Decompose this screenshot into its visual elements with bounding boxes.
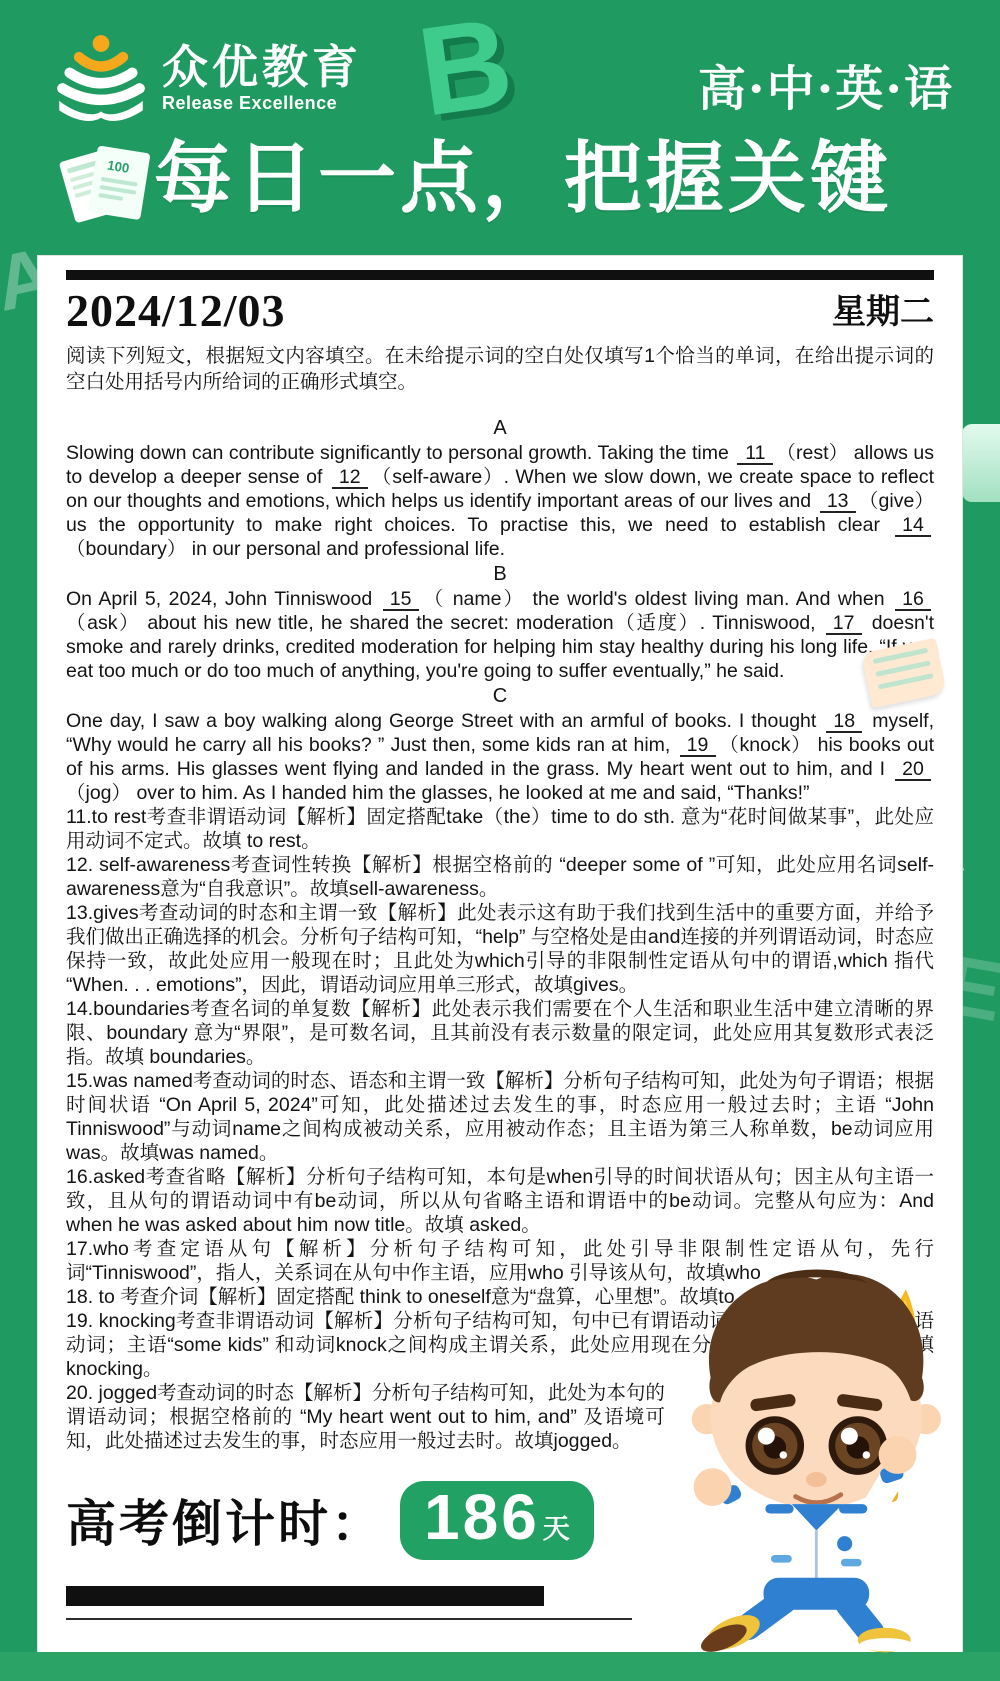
blank-15: 15: [383, 589, 419, 611]
explanation-16: 16.asked考查省略【解析】分析句子结构可知，本句是when引导的时间状语从…: [66, 1165, 934, 1237]
countdown-label: 高考倒计时：: [66, 1484, 384, 1556]
passage-A: Slowing down can contribute significantl…: [66, 441, 934, 561]
explanation-12: 12. self-awareness考查词性转换【解析】根据空格前的 “deep…: [66, 853, 934, 901]
blank-17: 17: [826, 613, 862, 635]
passage-label-B: B: [66, 561, 934, 587]
blank-12: 12: [332, 467, 368, 489]
subject-title: 高·中·英·语: [698, 50, 954, 119]
underline-bar-thin: [66, 1618, 632, 1620]
passage-C: One day, I saw a boy walking along Georg…: [66, 709, 934, 805]
papers-icon: 100: [50, 128, 154, 230]
date-row: 2024/12/03 星期二: [66, 284, 934, 337]
date-text: 2024/12/03: [66, 284, 286, 337]
brand-text: 众优教育 Release Excellence: [162, 44, 362, 115]
underline-bar-thick: [66, 1586, 544, 1606]
mascot-boy-illustration: [654, 1254, 956, 1656]
passages-container: ASlowing down can contribute significant…: [66, 415, 934, 805]
content-card: 2024/12/03 星期二 阅读下列短文，根据短文内容填空。在未给提示词的空白…: [38, 256, 962, 1652]
blank-14: 14: [895, 515, 931, 537]
explanation-14: 14.boundaries考查名词的单复数【解析】此处表示我们需要在个人生活和职…: [66, 997, 934, 1069]
explanation-11: 11.to rest考查非谓语动词【解析】固定搭配take（the）time t…: [66, 805, 934, 853]
explanation-13: 13.gives考查动词的时态和主谓一致【解析】此处表示这有助于我们找到生活中的…: [66, 901, 934, 997]
passage-label-A: A: [66, 415, 934, 441]
countdown-days: 186: [424, 1481, 540, 1555]
footer-strip: [0, 1652, 1000, 1681]
decor-book-right: [962, 424, 1000, 502]
brand-tagline: Release Excellence: [162, 93, 362, 114]
blank-16: 16: [895, 589, 931, 611]
book-arcs-logo-icon: [54, 34, 148, 124]
passage-label-C: C: [66, 683, 934, 709]
top-rule: [66, 270, 934, 280]
explanation-15: 15.was named考查动词的时态、语态和主谓一致【解析】分析句子结构可知，…: [66, 1069, 934, 1165]
blank-18: 18: [826, 711, 862, 733]
countdown-badge: 186 天: [400, 1481, 594, 1561]
passage-B: On April 5, 2024, John Tinniswood 15（ na…: [66, 587, 934, 683]
title-row: 100 每日一点，把握关键: [50, 128, 892, 230]
explanation-20: 20. jogged考查动词的时态【解析】分析句子结构可知，此处为本句的谓语动词…: [66, 1381, 665, 1453]
blank-20: 20: [895, 759, 931, 781]
blank-13: 13: [820, 491, 856, 513]
instructions-text: 阅读下列短文，根据短文内容填空。在未给提示词的空白处仅填写1个恰当的单词，在给出…: [66, 343, 934, 395]
brand-block: 众优教育 Release Excellence: [54, 34, 362, 124]
weekday-text: 星期二: [832, 284, 934, 337]
blank-19: 19: [680, 735, 716, 757]
brand-name: 众优教育: [162, 44, 362, 91]
blank-11: 11: [737, 443, 773, 465]
decor-letter-b: B: [412, 0, 520, 136]
page-title: 每日一点，把握关键: [154, 136, 892, 222]
countdown-unit: 天: [543, 1507, 570, 1546]
poster-page: B 众优教育 Release Excellence 高·中·英·语: [0, 0, 1000, 1681]
